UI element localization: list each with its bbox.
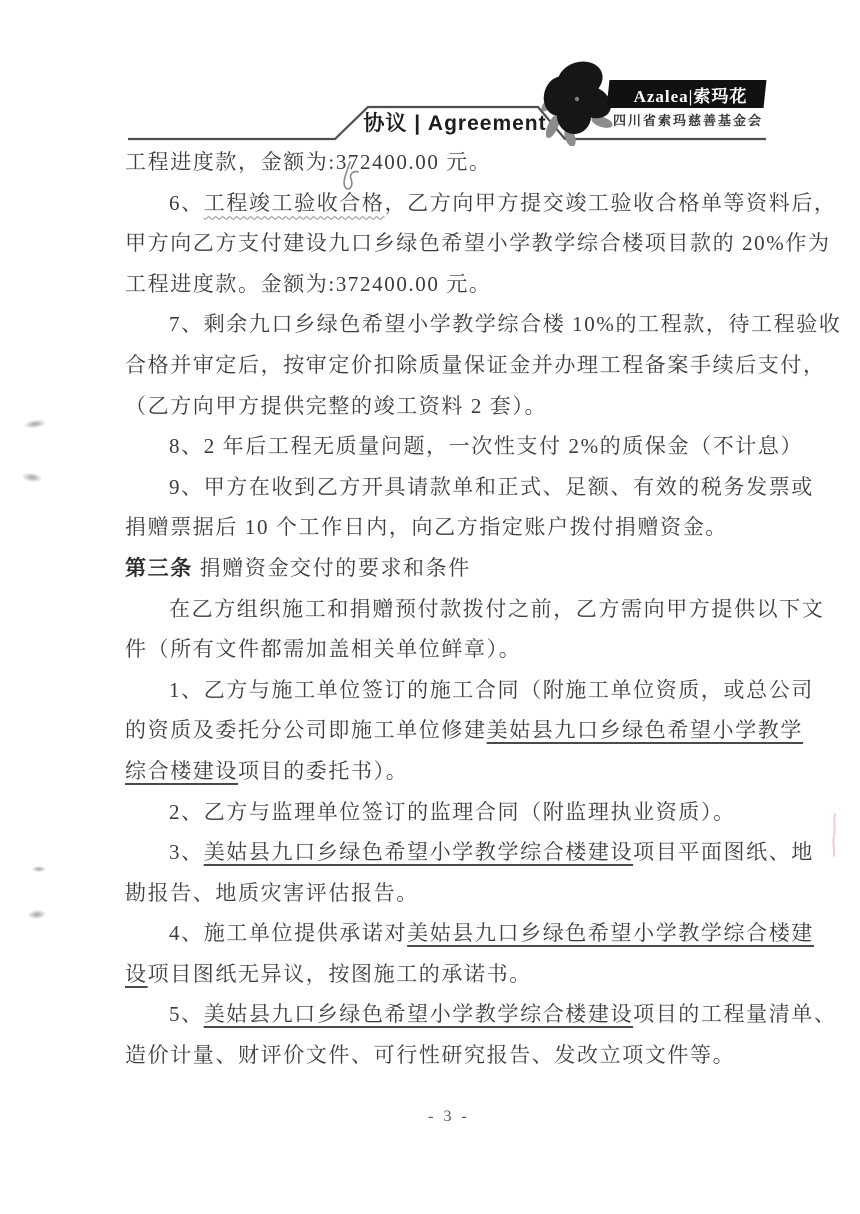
text-segment: 件（所有文件都需加盖相关单位鲜章）。 xyxy=(125,637,521,661)
foundation-logo: Azalea|索玛花 四川省索玛慈善基金会 xyxy=(540,54,768,142)
text-segment: 3、 xyxy=(169,840,204,864)
text-line: 捐赠票据后 10 个工作日内，向乙方指定账户拨付捐赠资金。 xyxy=(125,507,773,548)
scan-smudge xyxy=(32,866,46,872)
text-line: 件（所有文件都需加盖相关单位鲜章）。 xyxy=(125,629,773,670)
text-line: 的资质及委托分公司即施工单位修建美姑县九口乡绿色希望小学教学 xyxy=(125,710,773,751)
text-line: 甲方向乙方支付建设九口乡绿色希望小学教学综合楼项目款的 20%作为 xyxy=(125,223,773,264)
underlined-text: 设 xyxy=(125,962,148,986)
text-segment: 捐赠资金交付的要求和条件 xyxy=(193,556,471,580)
text-segment: 在乙方组织施工和捐赠预付款拨付之前，乙方需向甲方提供以下文 xyxy=(169,597,824,621)
page-number: - 3 - xyxy=(125,1108,773,1126)
text-line: 工程进度款。金额为:372400.00 元。 xyxy=(125,264,773,305)
scan-smudge xyxy=(28,909,47,920)
text-line: 5、美姑县九口乡绿色希望小学教学综合楼建设项目的工程量清单、 xyxy=(125,994,773,1035)
text-segment: 工程进度款，金额为:372400.00 元。 xyxy=(125,150,492,174)
text-line: 工程进度款，金额为:372400.00 元。 xyxy=(125,142,773,183)
document-page: 协议 | Agreement Azalea|索玛花 四川省索玛慈善基金会 工程进… xyxy=(0,0,860,1214)
text-segment: 1、乙方与施工单位签订的施工合同（附施工单位资质，或总公司 xyxy=(169,678,814,702)
scan-pink-mark xyxy=(829,810,839,860)
text-line: 7、剩余九口乡绿色希望小学教学综合楼 10%的工程款，待工程验收 xyxy=(125,304,773,345)
text-segment: 8、2 年后工程无质量问题，一次性支付 2%的质保金（不计息） xyxy=(169,434,803,458)
text-segment: 勘报告、地质灾害评估报告。 xyxy=(125,881,419,905)
text-segment: 项目的委托书）。 xyxy=(238,759,408,783)
text-segment: 的资质及委托分公司即施工单位修建 xyxy=(125,718,487,742)
text-line: 6、工程竣工验收合格，乙方向甲方提交竣工验收合格单等资料后， xyxy=(125,183,773,224)
text-segment: 5、 xyxy=(169,1002,204,1026)
text-segment: 6、 xyxy=(169,191,204,215)
text-line: 4、施工单位提供承诺对美姑县九口乡绿色希望小学教学综合楼建 xyxy=(125,913,773,954)
text-line: 8、2 年后工程无质量问题，一次性支付 2%的质保金（不计息） xyxy=(125,426,773,467)
text-segment: 7、剩余九口乡绿色希望小学教学综合楼 10%的工程款，待工程验收 xyxy=(169,312,841,336)
text-segment: 4、施工单位提供承诺对 xyxy=(169,921,407,945)
text-line: 造价计量、财评价文件、可行性研究报告、发改立项文件等。 xyxy=(125,1035,773,1076)
text-line: 设项目图纸无异议，按图施工的承诺书。 xyxy=(125,954,773,995)
text-line: 9、甲方在收到乙方开具请款单和正式、足额、有效的税务发票或 xyxy=(125,467,773,508)
logo-subtitle: 四川省索玛慈善基金会 xyxy=(606,110,770,129)
text-line: 2、乙方与监理单位签订的监理合同（附监理执业资质）。 xyxy=(125,792,773,833)
text-segment: 甲方向乙方支付建设九口乡绿色希望小学教学综合楼项目款的 20%作为 xyxy=(125,231,831,255)
underlined-text: 美姑县九口乡绿色希望小学教学综合楼建设 xyxy=(204,1002,633,1026)
underlined-text: 综合楼建设 xyxy=(125,759,238,783)
text-line: 在乙方组织施工和捐赠预付款拨付之前，乙方需向甲方提供以下文 xyxy=(125,589,773,630)
underlined-text: 美姑县九口乡绿色希望小学教学综合楼建 xyxy=(407,921,814,945)
document-body: 工程进度款，金额为:372400.00 元。6、工程竣工验收合格，乙方向甲方提交… xyxy=(125,142,773,1076)
text-segment: （乙方向甲方提供完整的竣工资料 2 套）。 xyxy=(125,394,547,418)
scan-smudge xyxy=(22,472,43,483)
text-segment: 项目的工程量清单、 xyxy=(633,1002,836,1026)
text-line: 综合楼建设项目的委托书）。 xyxy=(125,751,773,792)
handwritten-checkmark-icon xyxy=(334,160,376,200)
text-line: （乙方向甲方提供完整的竣工资料 2 套）。 xyxy=(125,386,773,427)
scan-smudge xyxy=(24,419,47,430)
text-segment: 2、乙方与监理单位签订的监理合同（附监理执业资质）。 xyxy=(169,800,736,824)
text-segment: 合格并审定后，按审定价扣除质量保证金并办理工程备案手续后支付， xyxy=(125,353,826,377)
header-agreement-title: 协议 | Agreement xyxy=(355,107,555,137)
text-segment: 工程进度款。金额为:372400.00 元。 xyxy=(125,272,492,296)
text-segment: 9、甲方在收到乙方开具请款单和正式、足额、有效的税务发票或 xyxy=(169,475,814,499)
underlined-text: 美姑县九口乡绿色希望小学教学 xyxy=(487,718,803,742)
text-line: 合格并审定后，按审定价扣除质量保证金并办理工程备案手续后支付， xyxy=(125,345,773,386)
text-segment: 造价计量、财评价文件、可行性研究报告、发改立项文件等。 xyxy=(125,1043,735,1067)
logo-banner-text: Azalea|索玛花 xyxy=(612,82,769,107)
text-line: 3、美姑县九口乡绿色希望小学教学综合楼建设项目平面图纸、地 xyxy=(125,832,773,873)
underlined-text: 美姑县九口乡绿色希望小学教学综合楼建设 xyxy=(204,840,633,864)
text-line: 第三条 捐赠资金交付的要求和条件 xyxy=(125,548,773,589)
text-segment: 项目平面图纸、地 xyxy=(633,840,814,864)
bold-text: 第三条 xyxy=(125,556,193,580)
text-segment: 项目图纸无异议，按图施工的承诺书。 xyxy=(148,962,532,986)
text-segment: 捐赠票据后 10 个工作日内，向乙方指定账户拨付捐赠资金。 xyxy=(125,515,728,539)
text-line: 勘报告、地质灾害评估报告。 xyxy=(125,873,773,914)
text-line: 1、乙方与施工单位签订的施工合同（附施工单位资质，或总公司 xyxy=(125,670,773,711)
text-segment: ，乙方向甲方提交竣工验收合格单等资料后， xyxy=(385,191,837,215)
